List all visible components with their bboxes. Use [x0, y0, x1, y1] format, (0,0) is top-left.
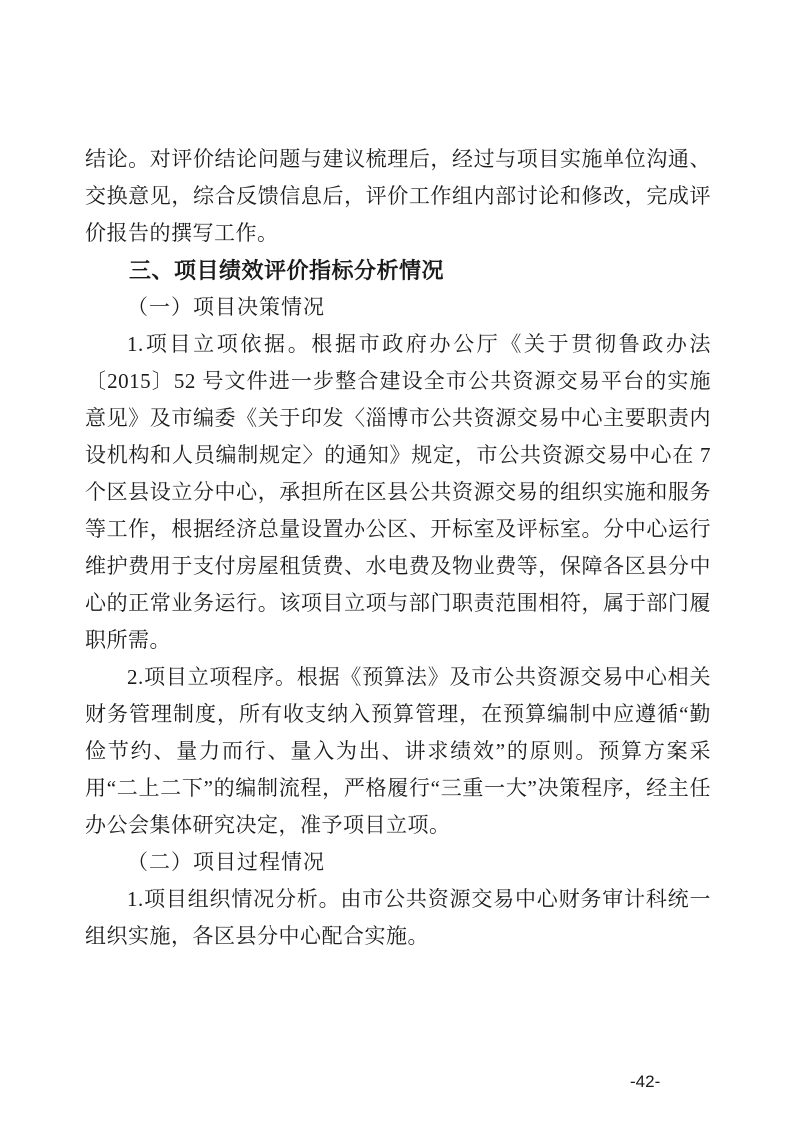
section-heading: （二）项目过程情况: [85, 844, 711, 881]
page-number: -42-: [630, 1072, 710, 1092]
section-heading: 三、项目绩效评价指标分析情况: [85, 252, 711, 289]
document-body: 结论。对评价结论问题与建议梳理后，经过与项目实施单位沟通、交换意见，综合反馈信息…: [85, 141, 711, 955]
paragraph: 1.项目立项依据。根据市政府办公厅《关于贯彻鲁政办法〔2015〕52 号文件进一…: [85, 326, 711, 659]
paragraph: 结论。对评价结论问题与建议梳理后，经过与项目实施单位沟通、交换意见，综合反馈信息…: [85, 141, 711, 252]
paragraph: 1.项目组织情况分析。由市公共资源交易中心财务审计科统一组织实施，各区县分中心配…: [85, 881, 711, 955]
paragraph: 2.项目立项程序。根据《预算法》及市公共资源交易中心相关财务管理制度，所有收支纳…: [85, 659, 711, 844]
document-page: 结论。对评价结论问题与建议梳理后，经过与项目实施单位沟通、交换意见，综合反馈信息…: [0, 0, 793, 1122]
section-heading: （一）项目决策情况: [85, 289, 711, 326]
